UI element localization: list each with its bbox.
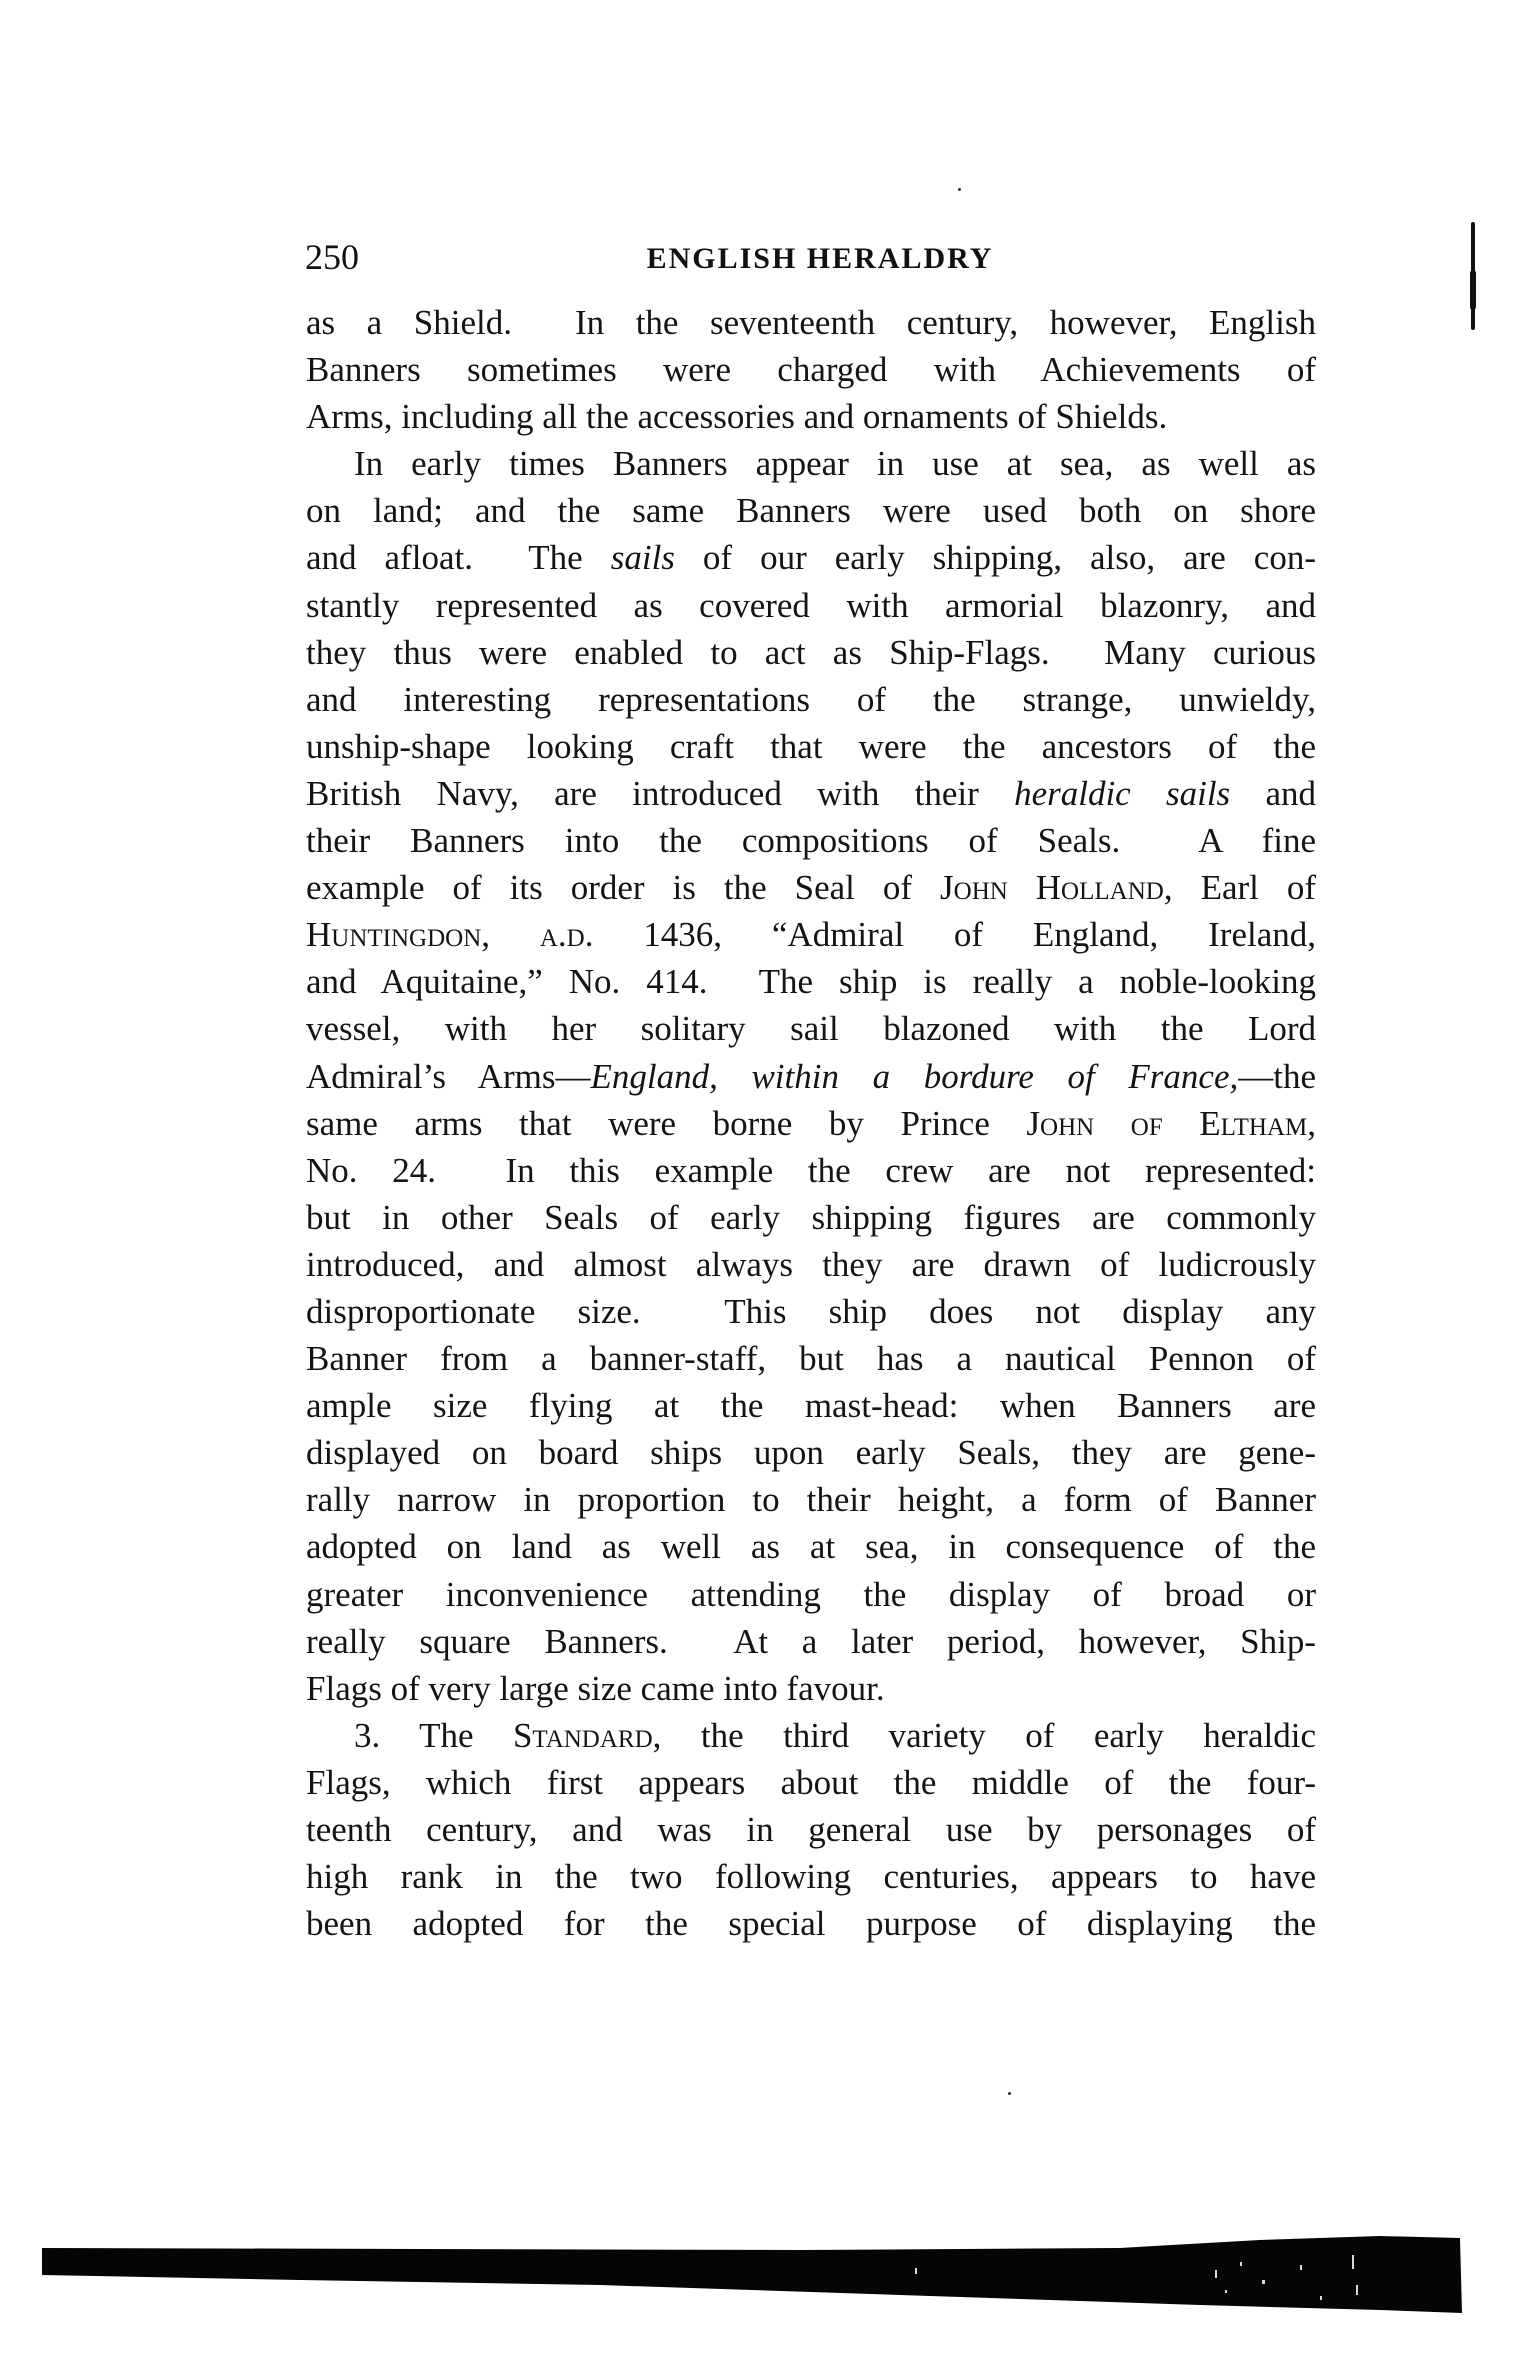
text-segment: ,	[481, 915, 540, 954]
text-line: as a Shield. In the seventeenth century,…	[306, 299, 1316, 346]
text-line: teenth century, and was in general use b…	[306, 1806, 1316, 1853]
text-segment: stantly represented as covered with armo…	[306, 586, 1316, 625]
text-segment: , Earl of	[1164, 868, 1316, 907]
text-segment: and afloat. The	[306, 538, 611, 577]
text-segment: 1436, “Admiral of England, Ireland,	[593, 915, 1316, 954]
text-segment: as a Shield. In the seventeenth century,…	[306, 303, 1316, 342]
text-segment: and Aquitaine,” No. 414. The ship is rea…	[306, 962, 1316, 1001]
text-line: vessel, with her solitary sail blazoned …	[306, 1005, 1316, 1052]
text-segment: but in other Seals of early shipping fig…	[306, 1198, 1316, 1237]
text-line: Flags, which first appears about the mid…	[306, 1759, 1316, 1806]
book-page: 250 ENGLISH HERALDRY as a Shield. In the…	[0, 0, 1518, 2364]
text-line: Flags of very large size came into favou…	[306, 1665, 1316, 1712]
text-segment: ,	[1307, 1104, 1316, 1143]
small-caps-text: John Holland	[940, 868, 1164, 907]
text-line: Banner from a banner-staff, but has a na…	[306, 1335, 1316, 1382]
text-line: In early times Banners appear in use at …	[306, 440, 1316, 487]
text-segment: vessel, with her solitary sail blazoned …	[306, 1009, 1316, 1048]
text-line: but in other Seals of early shipping fig…	[306, 1194, 1316, 1241]
text-line: and Aquitaine,” No. 414. The ship is rea…	[306, 958, 1316, 1005]
text-segment: their Banners into the compositions of S…	[306, 821, 1316, 860]
text-line: been adopted for the special purpose of …	[306, 1900, 1316, 1947]
text-line: high rank in the two following centuries…	[306, 1853, 1316, 1900]
text-line: same arms that were borne by Prince John…	[306, 1100, 1316, 1147]
text-segment: of our early shipping, also, are con-	[675, 538, 1316, 577]
text-segment: rally narrow in proportion to their heig…	[306, 1480, 1316, 1519]
text-segment: Banner from a banner-staff, but has a na…	[306, 1339, 1316, 1378]
scan-speck	[1008, 2092, 1011, 2095]
text-line: greater inconvenience attending the disp…	[306, 1571, 1316, 1618]
text-line: ample size flying at the mast-head: when…	[306, 1382, 1316, 1429]
running-head-title: ENGLISH HERALDRY	[305, 234, 1315, 284]
text-segment: high rank in the two following centuries…	[306, 1857, 1316, 1896]
italic-text: sails	[611, 538, 675, 577]
scan-margin-mark	[1470, 270, 1476, 310]
small-caps-text: Standard	[513, 1716, 653, 1755]
text-line: 3. The Standard, the third variety of ea…	[306, 1712, 1316, 1759]
text-line: they thus were enabled to act as Ship-Fl…	[306, 629, 1316, 676]
text-line: adopted on land as well as at sea, in co…	[306, 1523, 1316, 1570]
small-caps-text: Huntingdon	[306, 915, 481, 954]
text-segment: 3. The	[354, 1716, 513, 1755]
text-line: Huntingdon, a.d. 1436, “Admiral of Engla…	[306, 911, 1316, 958]
text-segment: and interesting representations of the s…	[306, 680, 1316, 719]
text-segment: No. 24. In this example the crew are not…	[306, 1151, 1316, 1190]
text-segment: Arms, including all the accessories and …	[306, 397, 1167, 436]
text-segment: example of its order is the Seal of	[306, 868, 940, 907]
text-segment: on land; and the same Banners were used …	[306, 491, 1316, 530]
text-segment: really square Banners. At a later period…	[306, 1622, 1316, 1661]
text-line: displayed on board ships upon early Seal…	[306, 1429, 1316, 1476]
text-segment: greater inconvenience attending the disp…	[306, 1575, 1316, 1614]
text-line: and afloat. The sails of our early shipp…	[306, 534, 1316, 581]
text-segment: Banners sometimes were charged with Achi…	[306, 350, 1316, 389]
running-head: 250 ENGLISH HERALDRY	[305, 232, 1315, 282]
text-line: rally narrow in proportion to their heig…	[306, 1476, 1316, 1523]
text-segment: and	[1230, 774, 1316, 813]
text-line: introduced, and almost always they are d…	[306, 1241, 1316, 1288]
body-text: as a Shield. In the seventeenth century,…	[306, 299, 1316, 1947]
text-segment: same arms that were borne by Prince	[306, 1104, 1026, 1143]
small-caps-text: John of Eltham	[1026, 1104, 1307, 1143]
text-segment: adopted on land as well as at sea, in co…	[306, 1527, 1316, 1566]
text-segment: disproportionate size. This ship does no…	[306, 1292, 1316, 1331]
text-line: British Navy, are introduced with their …	[306, 770, 1316, 817]
text-line: stantly represented as covered with armo…	[306, 582, 1316, 629]
text-segment: introduced, and almost always they are d…	[306, 1245, 1316, 1284]
text-segment: unship-shape looking craft that were the…	[306, 727, 1316, 766]
italic-text: heraldic sails	[1014, 774, 1230, 813]
text-segment: , the third variety of early heraldic	[653, 1716, 1316, 1755]
text-line: their Banners into the compositions of S…	[306, 817, 1316, 864]
text-segment: Admiral’s Arms—	[306, 1057, 590, 1096]
text-line: on land; and the same Banners were used …	[306, 487, 1316, 534]
text-segment: been adopted for the special purpose of …	[306, 1904, 1316, 1943]
small-caps-text: a.d.	[540, 915, 594, 954]
text-line: Admiral’s Arms—England, within a bordure…	[306, 1053, 1316, 1100]
text-segment: Flags, which first appears about the mid…	[306, 1763, 1316, 1802]
text-line: Banners sometimes were charged with Achi…	[306, 346, 1316, 393]
text-line: Arms, including all the accessories and …	[306, 393, 1316, 440]
text-line: disproportionate size. This ship does no…	[306, 1288, 1316, 1335]
text-line: unship-shape looking craft that were the…	[306, 723, 1316, 770]
text-line: No. 24. In this example the crew are not…	[306, 1147, 1316, 1194]
text-segment: British Navy, are introduced with their	[306, 774, 1014, 813]
text-segment: Flags of very large size came into favou…	[306, 1669, 885, 1708]
text-segment: teenth century, and was in general use b…	[306, 1810, 1316, 1849]
text-segment: —the	[1238, 1057, 1316, 1096]
text-segment: they thus were enabled to act as Ship-Fl…	[306, 633, 1316, 672]
scan-speck	[958, 188, 961, 191]
text-line: and interesting representations of the s…	[306, 676, 1316, 723]
text-segment: displayed on board ships upon early Seal…	[306, 1433, 1316, 1472]
text-line: example of its order is the Seal of John…	[306, 864, 1316, 911]
text-segment: ample size flying at the mast-head: when…	[306, 1386, 1316, 1425]
text-segment: In early times Banners appear in use at …	[354, 444, 1316, 483]
italic-text: England, within a bordure of France,	[590, 1057, 1238, 1096]
text-line: really square Banners. At a later period…	[306, 1618, 1316, 1665]
